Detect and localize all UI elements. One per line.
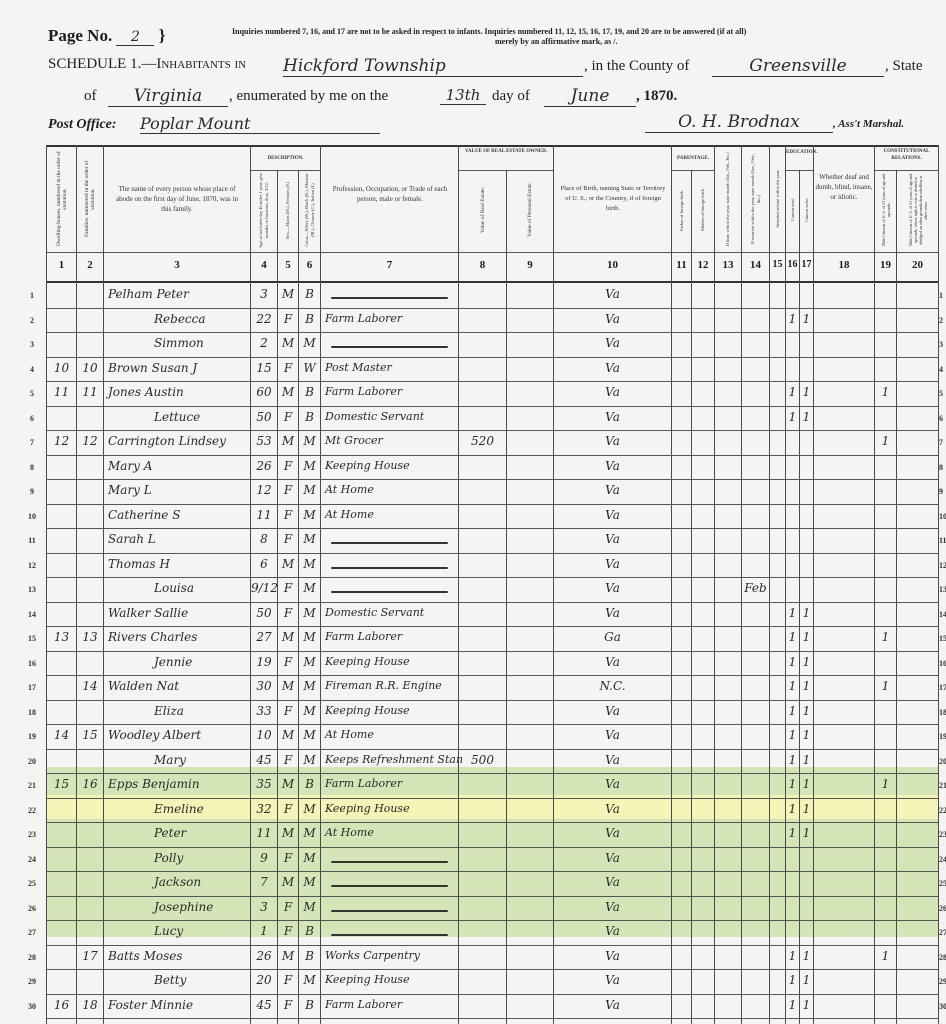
cell-birth: Va	[554, 508, 671, 522]
cell-color: M	[299, 459, 320, 473]
instructions-line-2: merely by an affirmative mark, as /.	[495, 37, 618, 46]
cell-occ: Farm Laborer	[321, 630, 462, 643]
line-number-right: 19	[939, 732, 946, 741]
cell-birth: Va	[554, 949, 671, 963]
cell-color: B	[299, 777, 320, 791]
cell-color: B	[299, 949, 320, 963]
group-constitutional-header: CONSTITUTIONAL RELATIONS.	[875, 148, 938, 162]
line-number: 9	[20, 487, 44, 496]
col-number: 19	[875, 259, 896, 271]
cell-sex: F	[278, 606, 298, 620]
cell-birth: Va	[554, 851, 671, 865]
cell-occ: Farm Laborer	[321, 385, 462, 398]
cell-c16: 1	[786, 630, 799, 644]
line-number: 19	[20, 732, 44, 741]
cell-color: M	[299, 336, 320, 350]
occupation-blank-dash	[331, 885, 448, 887]
cell-occ: Works Carpentry	[321, 949, 462, 962]
group-real-estate-header: VALUE OF REAL ESTATE OWNED.	[459, 148, 553, 155]
marshal-signature: O. H. Brodnax	[645, 112, 833, 133]
cell-color: B	[299, 410, 320, 424]
cell-c17: 1	[800, 312, 813, 326]
cell-birth: Va	[554, 532, 671, 546]
line-number-right: 21	[939, 781, 946, 790]
day-field: 13th	[440, 86, 486, 105]
line-number: 23	[20, 830, 44, 839]
cell-color: M	[299, 630, 320, 644]
cell-age: 45	[251, 753, 277, 767]
line-number: 27	[20, 928, 44, 937]
cell-age: 3	[251, 287, 277, 301]
line-number-right: 30	[939, 1002, 946, 1011]
cell-c16: 1	[786, 312, 799, 326]
cell-name: Sarah L	[104, 532, 254, 546]
cell-color: B	[299, 385, 320, 399]
cell-c17: 1	[800, 973, 813, 987]
col-7-header: Profession, Occupation, or Trade of each…	[330, 184, 450, 204]
cell-birth: Va	[554, 826, 671, 840]
col-number: 14	[742, 259, 769, 271]
cell-occ: Mt Grocer	[321, 434, 462, 447]
line-number: 18	[20, 708, 44, 717]
line-number: 28	[20, 953, 44, 962]
cell-color: B	[299, 924, 320, 938]
cell-c19: 1	[875, 949, 896, 963]
col-number: 11	[672, 259, 691, 271]
cell-sex: F	[278, 851, 298, 865]
col-2-header: Families, numbered in the order of visit…	[84, 150, 96, 248]
cell-c17: 1	[800, 728, 813, 742]
cell-color: M	[299, 679, 320, 693]
cell-sex: F	[278, 410, 298, 424]
cell-birth: Va	[554, 777, 671, 791]
line-number-right: 28	[939, 953, 946, 962]
of-label: of	[84, 88, 97, 105]
cell-color: M	[299, 753, 320, 767]
cell-color: M	[299, 483, 320, 497]
cell-c16: 1	[786, 753, 799, 767]
line-number: 15	[20, 634, 44, 643]
cell-name: Mary L	[104, 483, 254, 497]
cell-birth: Va	[554, 900, 671, 914]
line-number-right: 5	[939, 389, 946, 398]
cell-birth: N.C.	[554, 679, 671, 693]
cell-color: M	[299, 802, 320, 816]
page-number-value: 2	[116, 29, 154, 46]
county-field: Greensville	[712, 56, 884, 77]
col-number: 12	[692, 259, 714, 271]
line-number-right: 8	[939, 463, 946, 472]
cell-birth: Va	[554, 998, 671, 1012]
cell-sex: F	[278, 998, 298, 1012]
cell-name: Walden Nat	[104, 679, 254, 693]
cell-dw: 13	[47, 630, 76, 644]
cell-name: Rivers Charles	[104, 630, 254, 644]
cell-dw: 15	[47, 777, 76, 791]
col-number: 9	[507, 259, 553, 271]
cell-occ: At Home	[321, 728, 462, 741]
cell-sex: M	[278, 777, 298, 791]
cell-birth: Va	[554, 802, 671, 816]
col-4-header: Age at last birth-day. If under 1 year, …	[258, 172, 270, 248]
cell-c17: 1	[800, 802, 813, 816]
cell-color: M	[299, 973, 320, 987]
cell-sex: M	[278, 949, 298, 963]
cell-color: M	[299, 875, 320, 889]
township-field: Hickford Township	[283, 56, 583, 77]
line-number: 3	[20, 340, 44, 349]
col-14-header: If married within the year, state month …	[750, 150, 762, 248]
col-16-header: Cannot read.	[790, 172, 796, 248]
cell-color: M	[299, 900, 320, 914]
cell-c16: 1	[786, 728, 799, 742]
cell-re: 500	[459, 753, 506, 767]
cell-age: 8	[251, 532, 277, 546]
cell-c17: 1	[800, 777, 813, 791]
enumerated-label: , enumerated by me on the	[229, 88, 388, 105]
post-office-label: Post Office:	[48, 117, 117, 133]
cell-c17: 1	[800, 753, 813, 767]
cell-fam: 10	[77, 361, 103, 375]
cell-c19: 1	[875, 630, 896, 644]
cell-age: 50	[251, 410, 277, 424]
line-number-right: 26	[939, 904, 946, 913]
cell-c17: 1	[800, 630, 813, 644]
cell-name: Batts Moses	[104, 949, 254, 963]
line-number: 16	[20, 659, 44, 668]
cell-c16: 1	[786, 802, 799, 816]
post-office-field: Poplar Mount	[140, 114, 380, 134]
col-number: 18	[814, 259, 874, 271]
cell-color: M	[299, 557, 320, 571]
cell-c19: 1	[875, 385, 896, 399]
cell-age: 20	[251, 973, 277, 987]
cell-c16: 1	[786, 385, 799, 399]
cell-occ: Farm Laborer	[321, 777, 462, 790]
cell-c19: 1	[875, 434, 896, 448]
line-number: 12	[20, 561, 44, 570]
cell-sex: M	[278, 434, 298, 448]
line-number: 17	[20, 683, 44, 692]
cell-birth: Va	[554, 434, 671, 448]
cell-dw: 12	[47, 434, 76, 448]
col-18-header: Whether deaf and dumb, blind, insane, or…	[815, 172, 873, 202]
cell-age: 35	[251, 777, 277, 791]
line-number-right: 2	[939, 316, 946, 325]
cell-c17: 1	[800, 606, 813, 620]
occupation-blank-dash	[331, 542, 448, 544]
cell-age: 26	[251, 949, 277, 963]
cell-age: 27	[251, 630, 277, 644]
cell-c16: 1	[786, 826, 799, 840]
cell-age: 32	[251, 802, 277, 816]
cell-age: 53	[251, 434, 277, 448]
group-description-header: DESCRIPTION.	[251, 155, 320, 162]
cell-color: M	[299, 581, 320, 595]
cell-color: B	[299, 287, 320, 301]
schedule-label: SCHEDULE 1.—Inhabitants in	[48, 56, 246, 72]
line-number-right: 14	[939, 610, 946, 619]
col-8-header: Value of Real Estate.	[480, 172, 486, 248]
cell-occ: Domestic Servant	[321, 606, 462, 619]
state-field: Virginia	[108, 86, 228, 107]
line-number: 30	[20, 1002, 44, 1011]
cell-c17: 1	[800, 385, 813, 399]
cell-sex: F	[278, 704, 298, 718]
occupation-blank-dash	[331, 297, 448, 299]
cell-c19: 1	[875, 777, 896, 791]
cell-c17: 1	[800, 679, 813, 693]
cell-sex: M	[278, 385, 298, 399]
cell-name: Thomas H	[104, 557, 254, 571]
col-1-header: Dwelling-houses, numbered in the order o…	[56, 150, 68, 248]
cell-birth: Va	[554, 287, 671, 301]
line-number-right: 15	[939, 634, 946, 643]
cell-occ: Post Master	[321, 361, 462, 374]
line-number-right: 11	[939, 536, 946, 545]
col-number: 1	[47, 259, 76, 271]
cell-age: 9	[251, 851, 277, 865]
cell-birth: Va	[554, 385, 671, 399]
line-number-right: 6	[939, 414, 946, 423]
cell-name: Carrington Lindsey	[104, 434, 254, 448]
cell-birth: Va	[554, 459, 671, 473]
col-3-header: The name of every person whose place of …	[112, 184, 242, 214]
cell-fam: 17	[77, 949, 103, 963]
line-number-right: 18	[939, 708, 946, 717]
cell-age: 10	[251, 728, 277, 742]
cell-color: M	[299, 704, 320, 718]
line-number-right: 3	[939, 340, 946, 349]
line-number-right: 9	[939, 487, 946, 496]
cell-occ: At Home	[321, 483, 462, 496]
year-label: , 1870.	[636, 88, 677, 105]
col-15-header: Attended school within the year.	[775, 150, 781, 248]
cell-occ: At Home	[321, 508, 462, 521]
line-number-right: 25	[939, 879, 946, 888]
cell-c16: 1	[786, 410, 799, 424]
cell-color: M	[299, 532, 320, 546]
cell-sex: M	[278, 826, 298, 840]
line-number: 10	[20, 512, 44, 521]
cell-re: 520	[459, 434, 506, 448]
occupation-blank-dash	[331, 934, 448, 936]
cell-fam: 18	[77, 998, 103, 1012]
cell-c17: 1	[800, 826, 813, 840]
cell-age: 2	[251, 336, 277, 350]
line-number-right: 12	[939, 561, 946, 570]
cell-occ: Keeping House	[321, 973, 462, 986]
cell-sex: F	[278, 459, 298, 473]
cell-name: Brown Susan J	[104, 361, 254, 375]
cell-age: 7	[251, 875, 277, 889]
cell-c17: 1	[800, 949, 813, 963]
line-number: 24	[20, 855, 44, 864]
cell-sex: M	[278, 679, 298, 693]
cell-birth: Va	[554, 410, 671, 424]
col-number: 5	[278, 259, 298, 271]
cell-age: 26	[251, 459, 277, 473]
cell-birth: Ga	[554, 630, 671, 644]
occupation-blank-dash	[331, 591, 448, 593]
cell-age: 60	[251, 385, 277, 399]
cell-c16: 1	[786, 777, 799, 791]
cell-c13: Feb	[742, 581, 769, 595]
cell-birth: Va	[554, 728, 671, 742]
cell-occ: Fireman R.R. Engine	[321, 679, 462, 692]
occupation-blank-dash	[331, 346, 448, 348]
col-17-header: Cannot write.	[804, 172, 810, 248]
cell-c16: 1	[786, 973, 799, 987]
line-number: 21	[20, 781, 44, 790]
cell-name: Walker Sallie	[104, 606, 254, 620]
cell-birth: Va	[554, 753, 671, 767]
line-number: 1	[20, 291, 44, 300]
cell-name: Mary A	[104, 459, 254, 473]
col-13-header: If born within the year, state month (Ja…	[725, 150, 731, 248]
cell-c16: 1	[786, 606, 799, 620]
col-number: 10	[554, 259, 671, 271]
line-number: 26	[20, 904, 44, 913]
day-of-label: day of	[492, 88, 530, 105]
cell-birth: Va	[554, 704, 671, 718]
line-number: 2	[20, 316, 44, 325]
cell-name: Epps Benjamin	[104, 777, 254, 791]
cell-birth: Va	[554, 655, 671, 669]
cell-color: M	[299, 434, 320, 448]
cell-fam: 14	[77, 679, 103, 693]
cell-sex: F	[278, 312, 298, 326]
line-number: 7	[20, 438, 44, 447]
cell-sex: M	[278, 336, 298, 350]
cell-occ: Keeps Refreshment Stand	[321, 753, 462, 766]
cell-color: B	[299, 312, 320, 326]
cell-sex: M	[278, 287, 298, 301]
col-number: 3	[104, 259, 250, 271]
col-20-header: Male Citizens of U. S. of 21 years of ag…	[908, 172, 928, 248]
cell-birth: Va	[554, 361, 671, 375]
cell-c16: 1	[786, 949, 799, 963]
county-label: , in the County of	[584, 58, 689, 75]
cell-dw: 16	[47, 998, 76, 1012]
line-number: 14	[20, 610, 44, 619]
cell-c19: 1	[875, 679, 896, 693]
cell-occ: Keeping House	[321, 704, 462, 717]
col-number: 13	[715, 259, 741, 271]
line-number-right: 27	[939, 928, 946, 937]
cell-sex: F	[278, 973, 298, 987]
cell-age: 1	[251, 924, 277, 938]
line-number: 6	[20, 414, 44, 423]
line-number: 29	[20, 977, 44, 986]
cell-age: 11	[251, 826, 277, 840]
cell-name: Foster Minnie	[104, 998, 254, 1012]
group-parentage-header: PARENTAGE.	[672, 155, 714, 162]
line-number: 5	[20, 389, 44, 398]
col-number: 15	[770, 259, 785, 270]
cell-birth: Va	[554, 557, 671, 571]
cell-c17: 1	[800, 655, 813, 669]
col-9-header: Value of Personal Estate.	[527, 172, 533, 248]
cell-name: Catherine S	[104, 508, 254, 522]
line-number: 25	[20, 879, 44, 888]
cell-birth: Va	[554, 312, 671, 326]
cell-occ: At Home	[321, 826, 462, 839]
cell-sex: F	[278, 508, 298, 522]
line-number-right: 17	[939, 683, 946, 692]
cell-fam: 16	[77, 777, 103, 791]
cell-occ: Keeping House	[321, 459, 462, 472]
col-number: 7	[321, 259, 458, 271]
line-number: 8	[20, 463, 44, 472]
cell-sex: F	[278, 802, 298, 816]
cell-birth: Va	[554, 581, 671, 595]
cell-fam: 12	[77, 434, 103, 448]
cell-dw: 11	[47, 385, 76, 399]
line-number-right: 29	[939, 977, 946, 986]
cell-sex: M	[278, 557, 298, 571]
cell-occ: Domestic Servant	[321, 410, 462, 423]
cell-dw: 10	[47, 361, 76, 375]
cell-c17: 1	[800, 410, 813, 424]
line-number: 13	[20, 585, 44, 594]
cell-color: M	[299, 655, 320, 669]
cell-age: 12	[251, 483, 277, 497]
line-number-right: 10	[939, 512, 946, 521]
col-number: 8	[459, 259, 506, 271]
col-number: 4	[251, 259, 277, 271]
month-field: June	[544, 86, 636, 107]
line-number-right: 1	[939, 291, 946, 300]
cell-age: 11	[251, 508, 277, 522]
cell-fam: 13	[77, 630, 103, 644]
line-number: 11	[20, 536, 44, 545]
line-number: 20	[20, 757, 44, 766]
cell-age: 3	[251, 900, 277, 914]
line-number-right: 24	[939, 855, 946, 864]
cell-occ: Farm Laborer	[321, 998, 462, 1011]
cell-age: 33	[251, 704, 277, 718]
line-number-right: 4	[939, 365, 946, 374]
col-number: 16	[786, 259, 799, 270]
cell-occ: Keeping House	[321, 655, 462, 668]
cell-name: Woodley Albert	[104, 728, 254, 742]
cell-age: 50	[251, 606, 277, 620]
col-number: 6	[299, 259, 320, 271]
cell-c16: 1	[786, 655, 799, 669]
line-number: 22	[20, 806, 44, 815]
cell-occ: Farm Laborer	[321, 312, 462, 325]
col-6-header: Color.—White (W.), Black (B.), Mulatto (…	[304, 172, 316, 248]
cell-c16: 1	[786, 998, 799, 1012]
cell-age: 15	[251, 361, 277, 375]
cell-sex: M	[278, 875, 298, 889]
cell-age: 45	[251, 998, 277, 1012]
cell-c16: 1	[786, 679, 799, 693]
cell-color: M	[299, 851, 320, 865]
cell-birth: Va	[554, 483, 671, 497]
cell-occ: Keeping House	[321, 802, 462, 815]
cell-color: M	[299, 728, 320, 742]
cell-birth: Va	[554, 336, 671, 350]
cell-color: W	[299, 361, 320, 375]
group-education-header: EDUCATION.	[786, 149, 813, 156]
col-number: 17	[800, 259, 813, 270]
cell-sex: M	[278, 630, 298, 644]
cell-sex: M	[278, 728, 298, 742]
cell-color: B	[299, 998, 320, 1012]
cell-fam: 15	[77, 728, 103, 742]
